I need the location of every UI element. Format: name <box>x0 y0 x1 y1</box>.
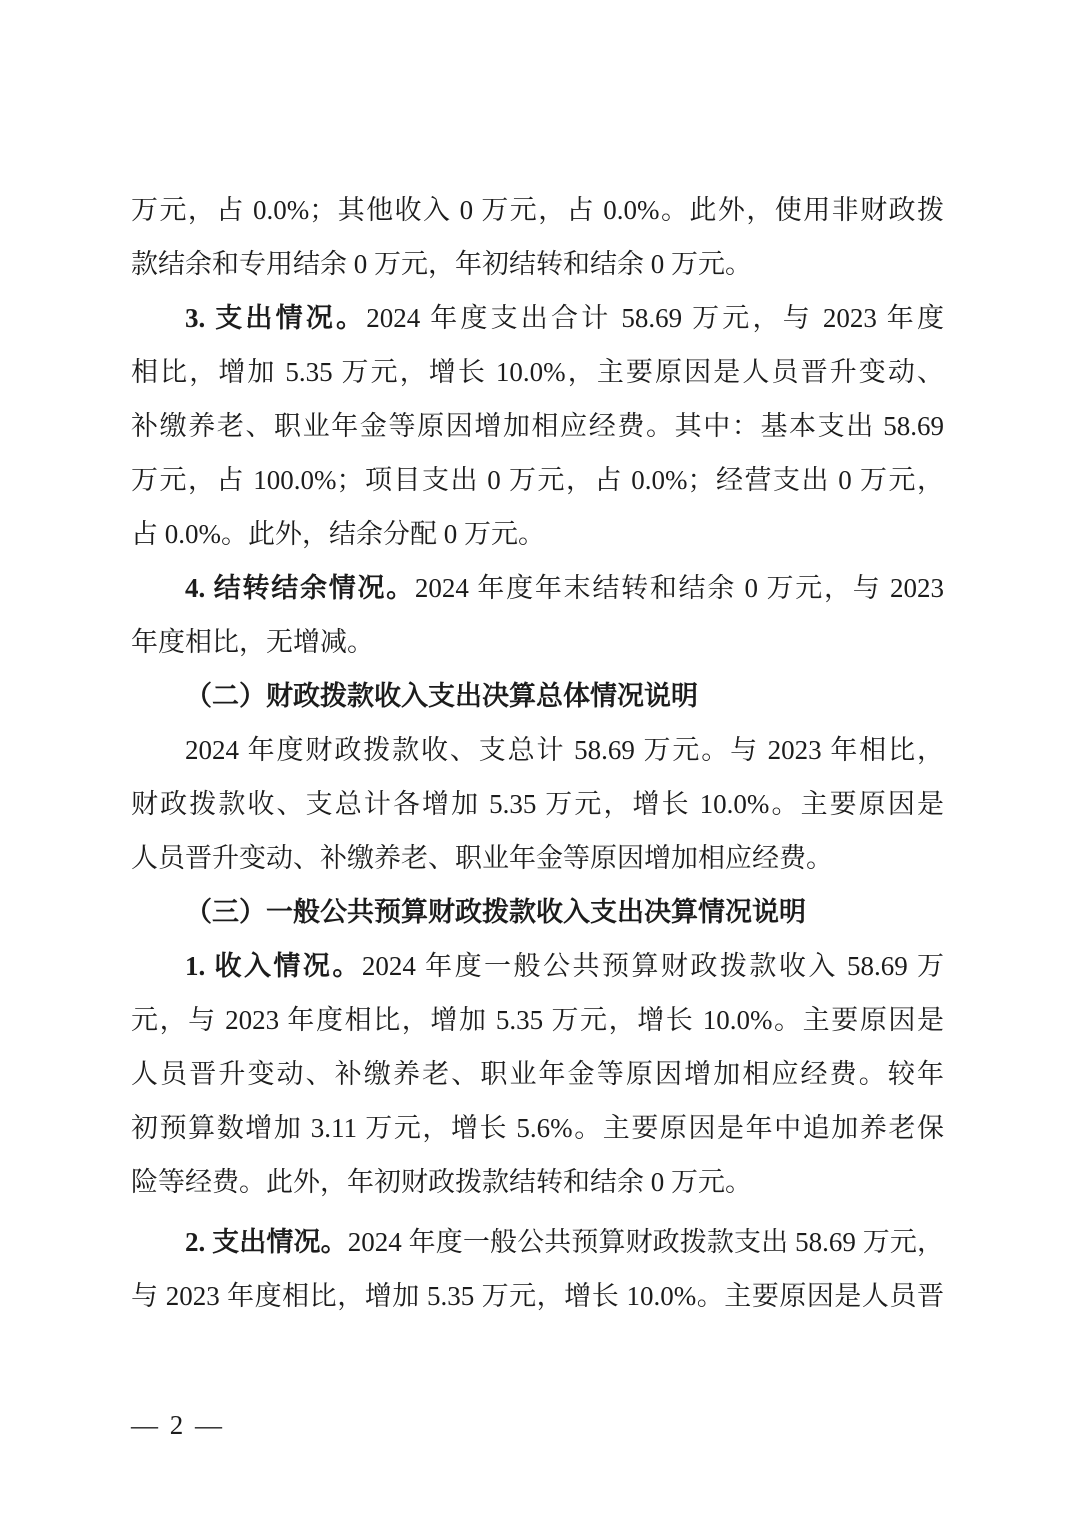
text-segment: 补缴养老、职业年金等原因增加相应经费。其中：基本支出 58.69 <box>131 411 944 441</box>
text-line: 与 2023 年度相比，增加 5.35 万元，增长 10.0%。主要原因是人员晋 <box>131 1269 944 1323</box>
text-segment: 2024 年度一般公共预算财政拨款收入 58.69 万 <box>362 951 944 981</box>
text-line: 人员晋升变动、补缴养老、职业年金等原因增加相应经费。 <box>131 831 944 885</box>
text-line: 年度相比，无增减。 <box>131 615 944 669</box>
para-expenditure-overview: 3. 支出情况。2024 年度支出合计 58.69 万元，与 2023 年度相比… <box>131 291 944 561</box>
text-segment-bold: 4. 结转结余情况。 <box>185 573 415 603</box>
para-carryover-balance: 4. 结转结余情况。2024 年度年末结转和结余 0 万元，与 2023年度相比… <box>131 561 944 669</box>
page-number: — 2 — <box>131 1410 222 1440</box>
text-segment: 元，与 2023 年度相比，增加 5.35 万元，增长 10.0%。主要原因是 <box>131 1005 944 1035</box>
text-segment: 万元，占 100.0%；项目支出 0 万元，占 0.0%；经营支出 0 万元， <box>131 465 944 495</box>
text-segment-bold: 3. 支出情况。 <box>185 303 366 333</box>
para-general-budget-income: 1. 收入情况。2024 年度一般公共预算财政拨款收入 58.69 万元，与 2… <box>131 939 944 1209</box>
text-line: 元，与 2023 年度相比，增加 5.35 万元，增长 10.0%。主要原因是 <box>131 993 944 1047</box>
document-body: 万元，占 0.0%；其他收入 0 万元，占 0.0%。此外，使用非财政拨款结余和… <box>131 183 944 1323</box>
text-segment: 2024 年度财政拨款收、支总计 58.69 万元。与 2023 年相比， <box>185 735 944 765</box>
text-line: （二）财政拨款收入支出决算总体情况说明 <box>131 669 944 723</box>
text-segment-bold: （二）财政拨款收入支出决算总体情况说明 <box>185 681 698 711</box>
text-segment: 2024 年度支出合计 58.69 万元，与 2023 年度 <box>366 303 944 333</box>
text-line: 2. 支出情况。2024 年度一般公共预算财政拨款支出 58.69 万元， <box>131 1215 944 1269</box>
text-line: 补缴养老、职业年金等原因增加相应经费。其中：基本支出 58.69 <box>131 399 944 453</box>
text-line: 4. 结转结余情况。2024 年度年末结转和结余 0 万元，与 2023 <box>131 561 944 615</box>
page-footer: — 2 — <box>131 1410 222 1440</box>
text-line: 1. 收入情况。2024 年度一般公共预算财政拨款收入 58.69 万 <box>131 939 944 993</box>
text-segment-bold: （三）一般公共预算财政拨款收入支出决算情况说明 <box>185 897 806 927</box>
text-segment: 初预算数增加 3.11 万元，增长 5.6%。主要原因是年中追加养老保 <box>131 1113 944 1143</box>
para-fiscal-appropriation-total: 2024 年度财政拨款收、支总计 58.69 万元。与 2023 年相比，财政拨… <box>131 723 944 885</box>
para-income-continued: 万元，占 0.0%；其他收入 0 万元，占 0.0%。此外，使用非财政拨款结余和… <box>131 183 944 291</box>
text-line: 万元，占 0.0%；其他收入 0 万元，占 0.0%。此外，使用非财政拨 <box>131 183 944 237</box>
text-line: 险等经费。此外，年初财政拨款结转和结余 0 万元。 <box>131 1155 944 1209</box>
text-line: 占 0.0%。此外，结余分配 0 万元。 <box>131 507 944 561</box>
text-segment: 万元，占 0.0%；其他收入 0 万元，占 0.0%。此外，使用非财政拨 <box>131 195 944 225</box>
text-segment-bold: 1. 收入情况。 <box>185 951 362 981</box>
text-segment: 人员晋升变动、补缴养老、职业年金等原因增加相应经费。较年 <box>131 1059 944 1089</box>
text-segment: 款结余和专用结余 0 万元，年初结转和结余 0 万元。 <box>131 249 752 279</box>
text-line: 款结余和专用结余 0 万元，年初结转和结余 0 万元。 <box>131 237 944 291</box>
text-line: 财政拨款收、支总计各增加 5.35 万元，增长 10.0%。主要原因是 <box>131 777 944 831</box>
text-segment: 2024 年度年末结转和结余 0 万元，与 2023 <box>415 573 944 603</box>
text-segment-bold: 2. 支出情况。 <box>185 1227 348 1257</box>
text-segment: 2024 年度一般公共预算财政拨款支出 58.69 万元， <box>348 1227 944 1257</box>
text-segment: 相比，增加 5.35 万元，增长 10.0%，主要原因是人员晋升变动、 <box>131 357 944 387</box>
document-page: 万元，占 0.0%；其他收入 0 万元，占 0.0%。此外，使用非财政拨款结余和… <box>0 0 1074 1520</box>
para-general-budget-expenditure: 2. 支出情况。2024 年度一般公共预算财政拨款支出 58.69 万元，与 2… <box>131 1215 944 1323</box>
text-line: 2024 年度财政拨款收、支总计 58.69 万元。与 2023 年相比， <box>131 723 944 777</box>
heading-section-three: （三）一般公共预算财政拨款收入支出决算情况说明 <box>131 885 944 939</box>
text-line: 3. 支出情况。2024 年度支出合计 58.69 万元，与 2023 年度 <box>131 291 944 345</box>
text-segment: 险等经费。此外，年初财政拨款结转和结余 0 万元。 <box>131 1167 752 1197</box>
text-segment: 人员晋升变动、补缴养老、职业年金等原因增加相应经费。 <box>131 843 833 873</box>
text-line: （三）一般公共预算财政拨款收入支出决算情况说明 <box>131 885 944 939</box>
heading-section-two: （二）财政拨款收入支出决算总体情况说明 <box>131 669 944 723</box>
text-line: 相比，增加 5.35 万元，增长 10.0%，主要原因是人员晋升变动、 <box>131 345 944 399</box>
text-segment: 年度相比，无增减。 <box>131 627 374 657</box>
text-line: 人员晋升变动、补缴养老、职业年金等原因增加相应经费。较年 <box>131 1047 944 1101</box>
text-line: 万元，占 100.0%；项目支出 0 万元，占 0.0%；经营支出 0 万元， <box>131 453 944 507</box>
text-segment: 与 2023 年度相比，增加 5.35 万元，增长 10.0%。主要原因是人员晋 <box>131 1281 944 1311</box>
text-line: 初预算数增加 3.11 万元，增长 5.6%。主要原因是年中追加养老保 <box>131 1101 944 1155</box>
text-segment: 财政拨款收、支总计各增加 5.35 万元，增长 10.0%。主要原因是 <box>131 789 944 819</box>
text-segment: 占 0.0%。此外，结余分配 0 万元。 <box>131 519 545 549</box>
